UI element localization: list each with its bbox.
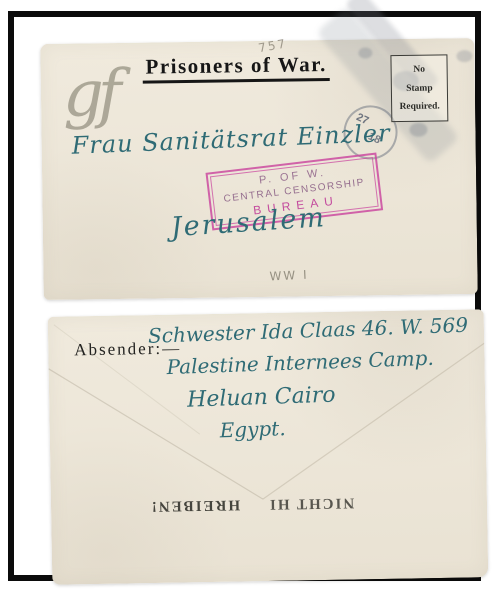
addressee-city: Jerusalem — [170, 202, 327, 243]
notice-fragment: NICHT HI — [268, 494, 354, 513]
no-stamp-line: Required. — [399, 102, 439, 113]
postmark-smudge — [358, 47, 372, 58]
no-stamp-line: Stamp — [406, 83, 433, 93]
pencil-note-ww1: WW I — [269, 268, 309, 284]
photo-frame-border: gf Prisoners of War. 757 27 18 No Stamp … — [8, 11, 481, 581]
addressee-name: Frau Sanitätsrat Einzler — [71, 119, 391, 160]
pencil-initials: gf — [62, 57, 116, 132]
sender-country: Egypt. — [219, 416, 286, 442]
sender-town: Heluan Cairo — [187, 383, 336, 413]
envelope-back: Absender:— Schwester Ida Claas 46. W. 56… — [48, 309, 489, 585]
notice-fragment: HREIBEN! — [150, 495, 240, 514]
no-stamp-line: No — [413, 64, 425, 74]
envelope-front: gf Prisoners of War. 757 27 18 No Stamp … — [40, 38, 478, 300]
postmark-smudge — [409, 123, 427, 137]
postmark-smudge — [456, 50, 472, 62]
prisoners-of-war-heading: Prisoners of War. — [142, 52, 330, 84]
no-stamp-required-box: No Stamp Required. — [390, 54, 448, 122]
cover-photo: gf Prisoners of War. 757 27 18 No Stamp … — [0, 0, 492, 595]
